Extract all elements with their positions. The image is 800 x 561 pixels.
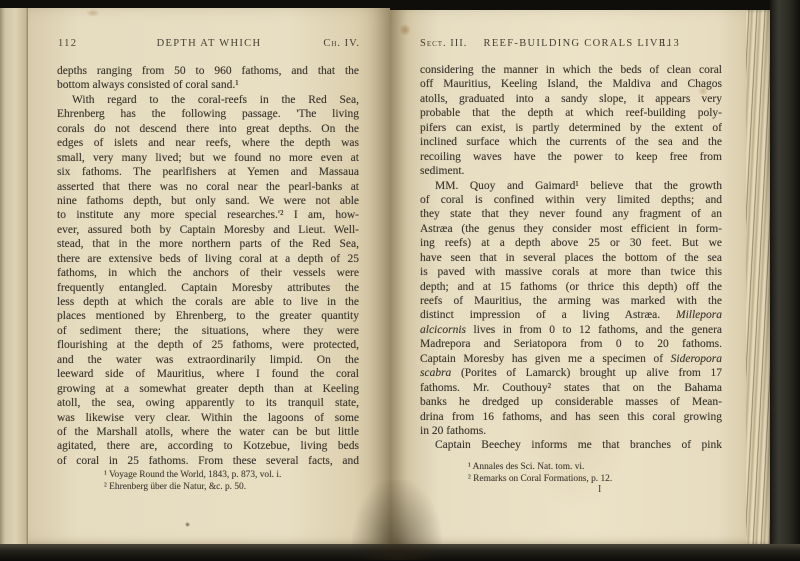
left-running-header: DEPTH AT WHICH bbox=[58, 38, 360, 49]
footnote: ¹ Annales des Sci. Nat. tom. vi. bbox=[468, 462, 708, 474]
text-line: pifers can exist, is partly determined b… bbox=[420, 121, 722, 135]
text-line: scabra (Porites of Lamarck) brought up a… bbox=[420, 366, 722, 380]
text-line: stead, that in the more northern parts o… bbox=[57, 237, 359, 251]
text-line: was likewise very clear. Within the lago… bbox=[57, 411, 359, 425]
left-chapter-label: Ch. IV. bbox=[323, 38, 360, 49]
right-page-number: 113 bbox=[661, 38, 680, 49]
flyleaf-edge bbox=[0, 8, 28, 545]
right-page-header: Sect. III. REEF-BUILDING CORALS LIVE. 11… bbox=[420, 38, 722, 52]
text-line: inclined surface which the currents of t… bbox=[420, 135, 722, 149]
text-line: MM. Quoy and Gaimard¹ believe that the g… bbox=[420, 179, 722, 193]
text-line: distinct impression of a living Astræa. … bbox=[420, 308, 722, 322]
text-line: nine fathoms depth, but only sand. We we… bbox=[57, 194, 359, 208]
text-line: to institute any more special researches… bbox=[57, 208, 359, 222]
signature-mark: I bbox=[598, 484, 601, 495]
text-line: six fathoms. The pearlfishers at Yemen a… bbox=[57, 165, 359, 179]
text-line: Captain Beechey informs me that branches… bbox=[420, 438, 722, 452]
text-line: flourishing at the depth of 25 fathoms, … bbox=[57, 338, 359, 352]
left-body-text: depths ranging from 50 to 960 fathoms, a… bbox=[57, 64, 359, 468]
page-edge-stack bbox=[746, 10, 772, 544]
footnote: ² Ehrenberg über die Natur, &c. p. 50. bbox=[104, 482, 364, 494]
text-line: Captain Moresby has given me a specimen … bbox=[420, 352, 722, 366]
text-line: drina from 16 fathoms, and has seen this… bbox=[420, 410, 722, 424]
text-line: small, very many lived; but we found no … bbox=[57, 151, 359, 165]
text-line: probable that the depth at which reef-bu… bbox=[420, 106, 722, 120]
text-line: leeward side of Mauritius, where I found… bbox=[57, 367, 359, 381]
text-line: ing reefs) at a depth above 25 or 30 fee… bbox=[420, 236, 722, 250]
text-line: Ehrenberg has the following passage. 'Th… bbox=[57, 107, 359, 121]
text-line: With regard to the coral-reefs in the Re… bbox=[57, 93, 359, 107]
left-page-header: 112 DEPTH AT WHICH Ch. IV. bbox=[58, 38, 360, 52]
left-footnotes: ¹ Voyage Round the World, 1843, p. 873, … bbox=[104, 470, 364, 493]
text-line: considering the manner in which the beds… bbox=[420, 63, 722, 77]
text-line: Madrepora and Seriatopora from 0 to 20 f… bbox=[420, 337, 722, 351]
text-line: atoll, the sea, owing apparently to its … bbox=[57, 396, 359, 410]
text-line: places mentioned by Ehrenberg, to the gr… bbox=[57, 309, 359, 323]
text-line: have seen that in several places the bot… bbox=[420, 251, 722, 265]
book-spread-scan: 112 DEPTH AT WHICH Ch. IV. depths rangin… bbox=[0, 0, 800, 561]
text-line: they state that they never found any fra… bbox=[420, 207, 722, 221]
text-line: sediment. bbox=[420, 164, 722, 178]
footnote: ¹ Voyage Round the World, 1843, p. 873, … bbox=[104, 470, 364, 482]
text-line: there are extensive beds of living coral… bbox=[57, 252, 359, 266]
text-line: edges of islets and near reefs, where th… bbox=[57, 136, 359, 150]
text-line: of sediment there; the situations, where… bbox=[57, 324, 359, 338]
text-line: Astræa (the genus they consider most eff… bbox=[420, 222, 722, 236]
text-line: and the water was extraordinarily limpid… bbox=[57, 353, 359, 367]
text-line: agitated, there are, according to Kotzeb… bbox=[57, 439, 359, 453]
right-footnotes: ¹ Annales des Sci. Nat. tom. vi. ² Remar… bbox=[468, 462, 708, 485]
text-line: in 20 fathoms. bbox=[420, 424, 722, 438]
text-line: atolls, graduated into a sandy slope, it… bbox=[420, 92, 722, 106]
text-line: reefs of Mauritius, the arming was marke… bbox=[420, 294, 722, 308]
text-line: frequently entangled. Captain Moresby at… bbox=[57, 281, 359, 295]
text-line: recoiling waves have the power to keep f… bbox=[420, 150, 722, 164]
text-line: alcicornis lives in from 0 to 12 fathoms… bbox=[420, 323, 722, 337]
book-cover-edge bbox=[770, 0, 800, 561]
text-line: off Mauritius, Keeling Island, the Maldi… bbox=[420, 77, 722, 91]
text-line: asserted that there was no coral near th… bbox=[57, 180, 359, 194]
text-line: depths ranging from 50 to 960 fathoms, a… bbox=[57, 64, 359, 78]
text-line: depth; and at 15 fathoms (or thrice this… bbox=[420, 280, 722, 294]
text-line: of coral is confined within very limited… bbox=[420, 193, 722, 207]
text-line: fathoms, in which the anchors of their v… bbox=[57, 266, 359, 280]
text-line: corals do not descend there into great d… bbox=[57, 122, 359, 136]
text-line: less depth at which the corals are able … bbox=[57, 295, 359, 309]
text-line: ever, assured both by Captain Moresby an… bbox=[57, 223, 359, 237]
text-line: is paved with massive corals at more tha… bbox=[420, 265, 722, 279]
text-line: of the Marshall atolls, where the water … bbox=[57, 425, 359, 439]
text-line: banks he dredged up considerable masses … bbox=[420, 395, 722, 409]
footnote: ² Remarks on Coral Formations, p. 12. bbox=[468, 474, 708, 486]
text-line: fathoms. Mr. Couthouy² states that on th… bbox=[420, 381, 722, 395]
text-line: of coral in 25 fathoms. From these sever… bbox=[57, 454, 359, 468]
text-line: growing at a somewhat greater depth than… bbox=[57, 382, 359, 396]
right-body-text: considering the manner in which the beds… bbox=[420, 63, 722, 453]
text-line: bottom always consisted of coral sand.¹ bbox=[57, 78, 359, 92]
gutter-shadow bbox=[352, 480, 442, 560]
